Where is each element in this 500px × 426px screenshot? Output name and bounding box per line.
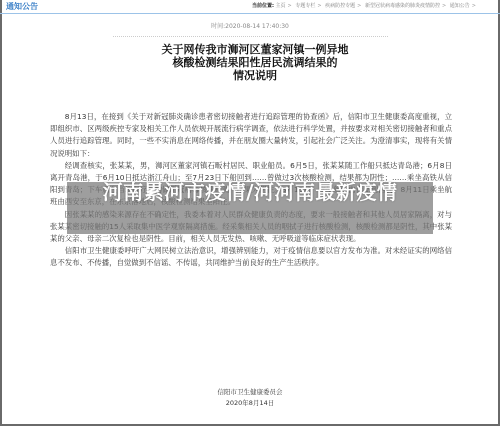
title-line: 关于网传我市浉河区董家河镇一例异地	[130, 43, 380, 56]
paragraph: 8月13日，在接到《关于对新冠肺炎确诊患者密切接触者进行追踪管理的协查函》后，信…	[50, 111, 452, 160]
breadcrumb-item-disease[interactable]: 疾病防控专题	[325, 3, 355, 9]
signature-org: 信阳市卫生健康委员会	[0, 387, 500, 398]
section-title[interactable]: 通知公告	[6, 1, 38, 12]
signature: 信阳市卫生健康委员会 2020年8月14日	[0, 387, 500, 409]
breadcrumb-item-covid[interactable]: 新型冠状病毒感染的肺炎疫情防控	[365, 3, 440, 9]
breadcrumb-item-notices[interactable]: 通知公告	[450, 3, 470, 9]
chevron-right-icon: >	[288, 3, 292, 9]
time-label: 时间:	[211, 23, 225, 30]
chevron-right-icon: >	[442, 3, 446, 9]
chevron-right-icon: >	[472, 3, 476, 9]
time-value: 2020-08-14 17:40:30	[225, 23, 289, 30]
signature-date: 2020年8月14日	[0, 398, 500, 409]
breadcrumb-item-home[interactable]: 主页	[276, 3, 286, 9]
publish-time: 时间:2020-08-14 17:40:30	[0, 21, 500, 30]
article-title: 关于网传我市浉河区董家河镇一例异地 核酸检测结果阳性居民流调结果的 情况说明	[130, 43, 380, 82]
title-line: 情况说明	[130, 69, 380, 82]
breadcrumb: 当前位置: 主页> 专题专栏> 疾病防控专题> 新型冠状病毒感染的肺炎疫情防控>…	[252, 2, 478, 9]
breadcrumb-label: 当前位置:	[252, 3, 274, 9]
breadcrumb-item-special[interactable]: 专题专栏	[295, 3, 315, 9]
divider	[113, 36, 388, 37]
headline-overlay-text: 河南累河市疫情/河河南最新疫情	[67, 180, 433, 205]
chevron-right-icon: >	[357, 3, 361, 9]
top-bar: 通知公告 当前位置: 主页> 专题专栏> 疾病防控专题> 新型冠状病毒感染的肺炎…	[0, 0, 500, 14]
paragraph: 信阳市卫生健康委呼吁广大网民树立法治意识，增强辨别能力，对于疫情信息要以官方发布…	[50, 245, 452, 269]
title-line: 核酸检测结果阳性居民流调结果的	[130, 56, 380, 69]
chevron-right-icon: >	[317, 3, 321, 9]
